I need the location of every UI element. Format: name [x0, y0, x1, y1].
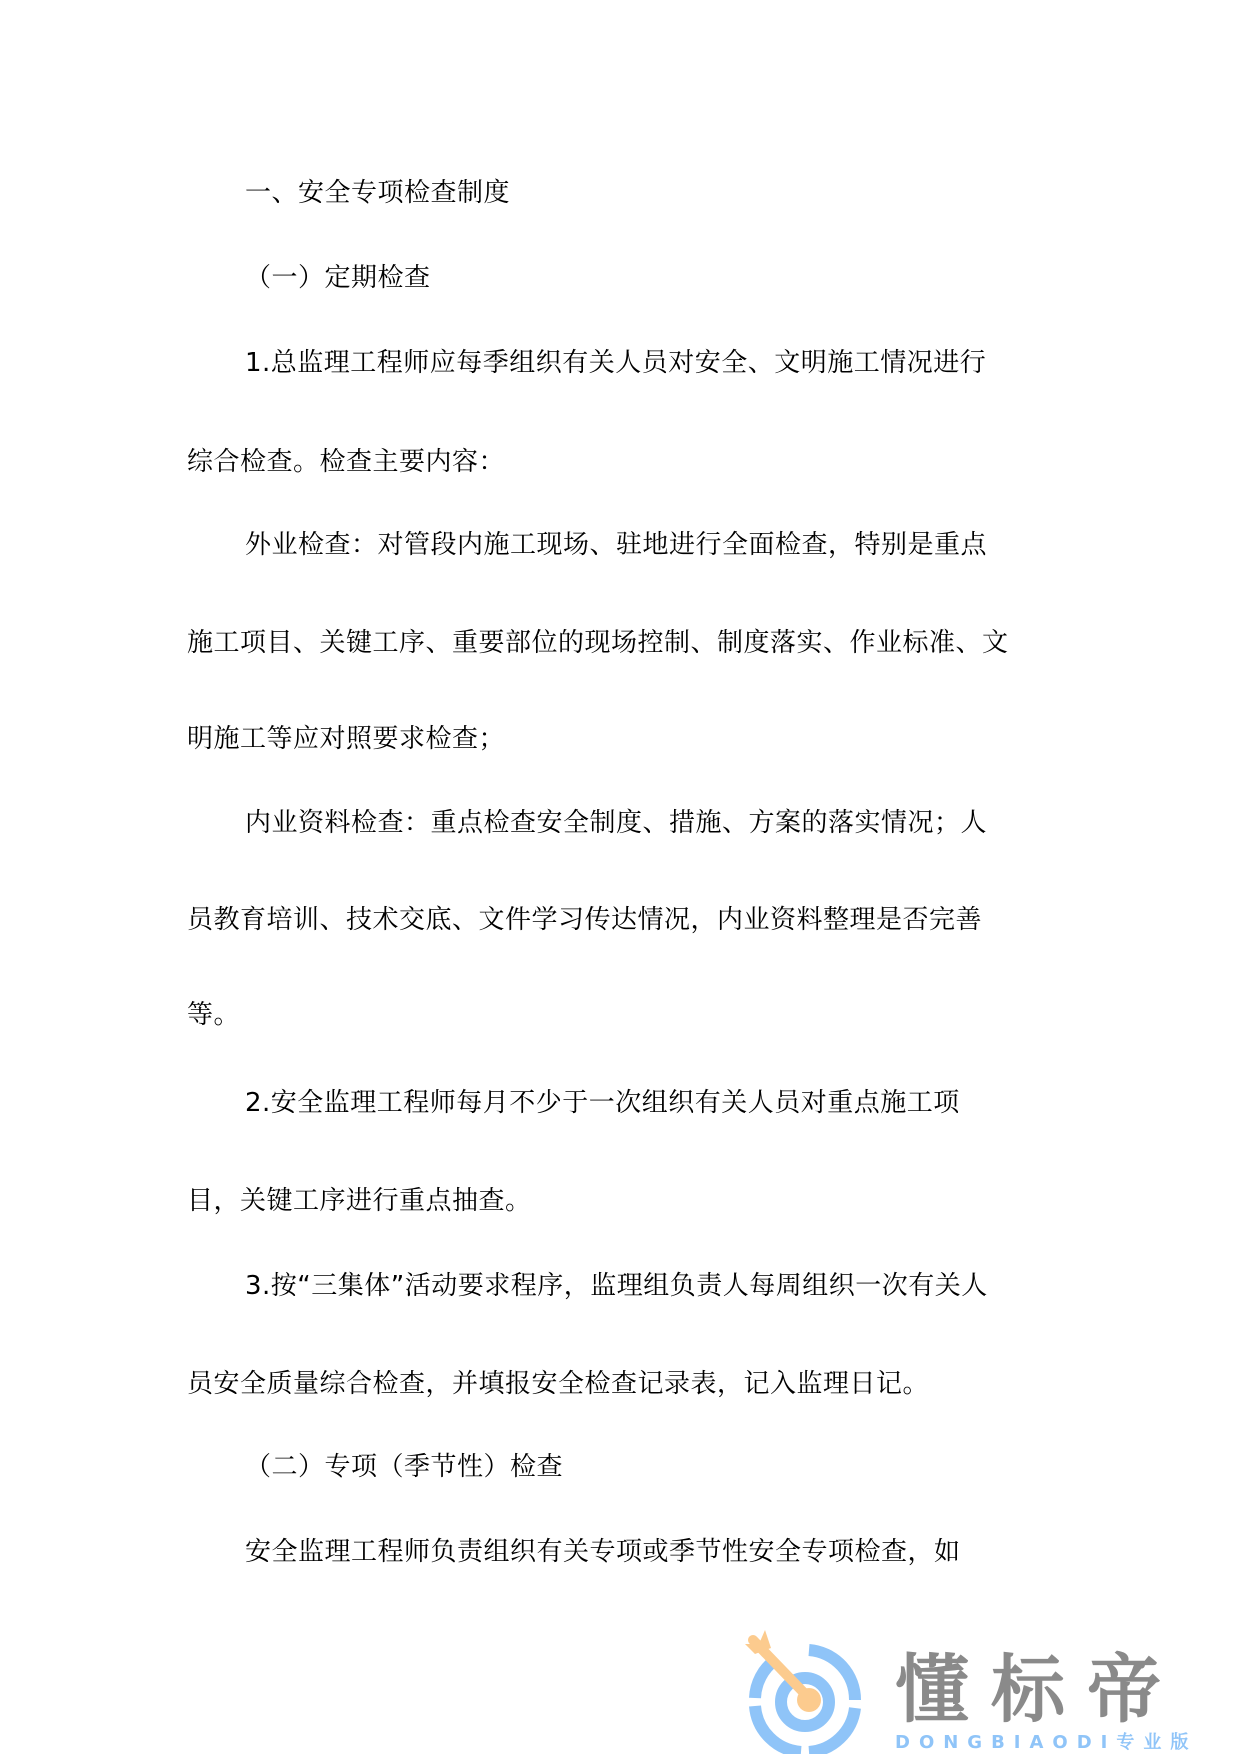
target-arrow-icon [745, 1630, 865, 1754]
subheading-special-inspection: （二）专项（季节性）检查 [245, 1452, 563, 1482]
paragraph-line: 安全监理工程师负责组织有关专项或季节性安全专项检查，如 [245, 1537, 961, 1567]
paragraph-line: 员安全质量综合检查，并填报安全检查记录表，记入监理日记。 [187, 1369, 929, 1399]
paragraph-line: 等。 [187, 1000, 240, 1030]
paragraph-line: 2.安全监理工程师每月不少于一次组织有关人员对重点施工项 [245, 1088, 960, 1118]
paragraph-line: 员教育培训、技术交底、文件学习传达情况，内业资料整理是否完善 [187, 905, 982, 935]
subheading-periodic-inspection: （一）定期检查 [245, 263, 431, 293]
paragraph-line: 3.按“三集体”活动要求程序，监理组负责人每周组织一次有关人 [245, 1271, 988, 1301]
watermark-title: 懂标帝 [895, 1650, 1183, 1730]
paragraph-line: 目，关键工序进行重点抽查。 [187, 1186, 532, 1216]
paragraph-line: 综合检查。检查主要内容： [187, 447, 505, 477]
paragraph-line: 1.总监理工程师应每季组织有关人员对安全、文明施工情况进行 [245, 348, 986, 378]
paragraph-line: 外业检查：对管段内施工现场、驻地进行全面检查，特别是重点 [245, 530, 987, 560]
paragraph-line: 施工项目、关键工序、重要部位的现场控制、制度落实、作业标准、文 [187, 628, 1009, 658]
watermark-subtitle: DONGBIAODI专业版 [895, 1732, 1197, 1754]
paragraph-line: 明施工等应对照要求检查； [187, 724, 505, 754]
paragraph-line: 内业资料检查：重点检查安全制度、措施、方案的落实情况；人 [245, 808, 987, 838]
heading-section-1: 一、安全专项检查制度 [245, 178, 510, 208]
watermark: 懂标帝 DONGBIAODI专业版 [745, 1630, 1225, 1754]
